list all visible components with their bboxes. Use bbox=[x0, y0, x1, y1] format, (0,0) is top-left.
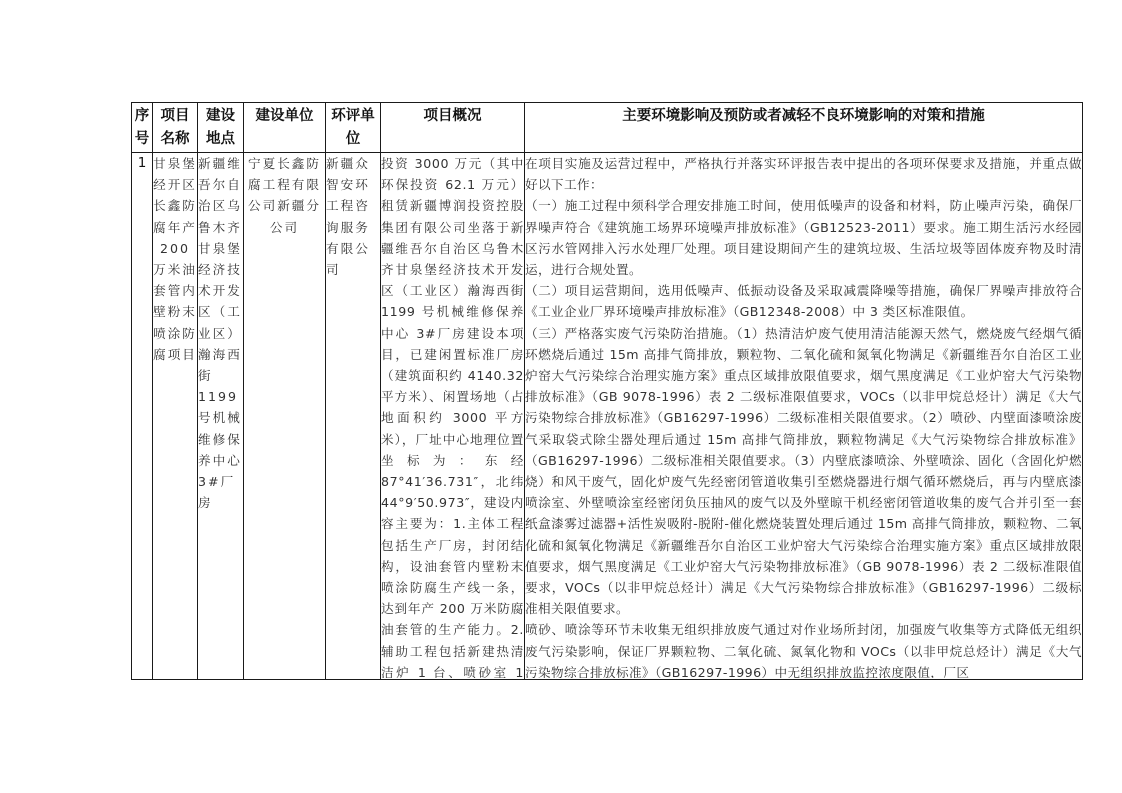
header-overview: 项目概况 bbox=[381, 103, 525, 153]
cell-construction-unit: 宁夏长鑫防腐工程有限公司新疆分公司 bbox=[244, 153, 326, 680]
cell-measures: 在项目实施及运营过程中，严格执行并落实环评报告表中提出的各项环保要求及措施，并重… bbox=[525, 153, 1083, 680]
cell-overview: 投资 3000 万元（其中环保投资 62.1 万元）租赁新疆博润投资控股集团有限… bbox=[381, 153, 525, 680]
seq-text: 1 bbox=[132, 153, 152, 174]
cell-eia-unit: 新疆众智安环工程咨询服务有限公司 bbox=[326, 153, 381, 680]
header-construction-unit: 建设单位 bbox=[244, 103, 326, 153]
header-seq: 序号 bbox=[132, 103, 153, 153]
measures-item-1: （一）施工过程中须科学合理安排施工时间，使用低噪声的设备和材料，防止噪声污染，确… bbox=[525, 195, 1082, 280]
cell-project-name: 甘泉堡经开区长鑫防腐年产200万米油套管内壁粉末喷涂防腐项目 bbox=[153, 153, 198, 680]
header-eia-unit: 环评单位 bbox=[326, 103, 381, 153]
measures-intro: 在项目实施及运营过程中，严格执行并落实环评报告表中提出的各项环保要求及措施，并重… bbox=[525, 153, 1082, 195]
construction-unit-text: 宁夏长鑫防腐工程有限公司新疆分公司 bbox=[244, 153, 325, 238]
cell-seq: 1 bbox=[132, 153, 153, 680]
header-project-name: 项目名称 bbox=[153, 103, 198, 153]
document-page: 序号 项目名称 建设地点 建设单位 环评单位 项目概况 主要环境影响及预防或者减… bbox=[0, 0, 1122, 793]
project-name-text: 甘泉堡经开区长鑫防腐年产200万米油套管内壁粉末喷涂防腐项目 bbox=[153, 153, 197, 365]
table-row: 1 甘泉堡经开区长鑫防腐年产200万米油套管内壁粉末喷涂防腐项目 新疆维吾尔自治… bbox=[132, 153, 1083, 680]
measures-item-4: 喷砂、喷涂等环节未收集无组织排放废气通过对作业场所封闭，加强废气收集等方式降低无… bbox=[525, 619, 1082, 678]
cell-location: 新疆维吾尔自治区乌鲁木齐甘泉堡经济技术开发区（工业区）瀚海西街1199号机械维修… bbox=[198, 153, 244, 680]
project-table: 序号 项目名称 建设地点 建设单位 环评单位 项目概况 主要环境影响及预防或者减… bbox=[131, 102, 1083, 680]
measures-item-2: （二）项目运营期间，选用低噪声、低振动设备及采取减震降噪等措施，确保厂界噪声排放… bbox=[525, 280, 1082, 322]
header-location: 建设地点 bbox=[198, 103, 244, 153]
measures-item-3: （三）严格落实废气污染防治措施。（1）热清洁炉废气使用清洁能源天然气，燃烧废气经… bbox=[525, 323, 1082, 620]
measures-text: 在项目实施及运营过程中，严格执行并落实环评报告表中提出的各项环保要求及措施，并重… bbox=[525, 153, 1082, 678]
eia-unit-text: 新疆众智安环工程咨询服务有限公司 bbox=[326, 153, 380, 280]
table-header-row: 序号 项目名称 建设地点 建设单位 环评单位 项目概况 主要环境影响及预防或者减… bbox=[132, 103, 1083, 153]
location-text: 新疆维吾尔自治区乌鲁木齐甘泉堡经济技术开发区（工业区）瀚海西街1199号机械维修… bbox=[198, 153, 243, 513]
overview-text: 投资 3000 万元（其中环保投资 62.1 万元）租赁新疆博润投资控股集团有限… bbox=[381, 153, 524, 678]
header-measures: 主要环境影响及预防或者减轻不良环境影响的对策和措施 bbox=[525, 103, 1083, 153]
